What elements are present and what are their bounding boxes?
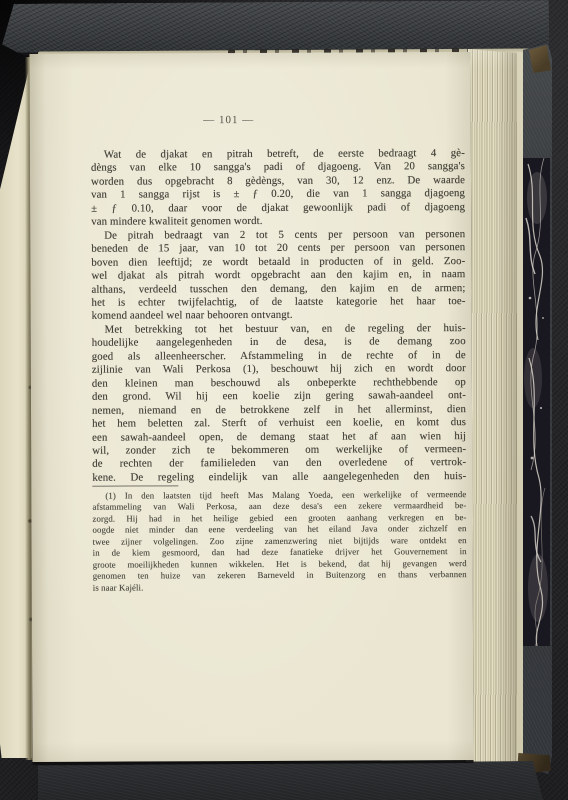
text-line: het hem beletten zal. Sterft of verhuist… — [92, 416, 466, 431]
text-line: beneden de 15 jaar, van 10 tot 20 cents … — [91, 241, 465, 256]
text-line: het is echter twijfelachtig, of de laats… — [92, 295, 466, 310]
text-line: zijlinie van Wali Perkosa (1), beschouwt… — [92, 362, 466, 377]
book-photo: — 101 — Wat de djakat en pitrah betreft,… — [0, 0, 568, 800]
text-line: kene. De regeling eindelijk van alle aan… — [92, 470, 466, 485]
page-number: — 101 — — [196, 114, 262, 126]
marbled-paper-edge — [523, 158, 550, 646]
footnote-rule — [92, 485, 178, 486]
paragraph: De pitrah bedraagt van 2 tot 5 cents per… — [91, 228, 465, 324]
book-cover-bottom-edge — [38, 761, 543, 800]
paragraph: Wat de djakat en pitrah betreft, de eers… — [91, 147, 465, 229]
text-line: ± ƒ 0.10, daar voor de djakat gewoonlijk… — [91, 201, 465, 216]
text-line: van 1 sangga rijst is ± ƒ 0.20, die van … — [91, 187, 465, 202]
footnote: (1) In den laatsten tijd heeft Mas Malan… — [92, 489, 466, 594]
body-text: Wat de djakat en pitrah betreft, de eers… — [91, 147, 466, 485]
text-line: den grond. Wil hij een koelie zijn gerin… — [92, 389, 466, 404]
scanned-page: — 101 — Wat de djakat en pitrah betreft,… — [29, 52, 473, 762]
text-line: wel djakat als pitrah wordt opgebracht a… — [91, 268, 465, 283]
paragraph: Met betrekking tot het bestuur van, en d… — [92, 322, 467, 485]
text-line: houdelijke aangelegenheden in de desa, i… — [92, 335, 466, 350]
page-block-fore-edge — [466, 49, 520, 768]
footnote-line: genomen ten huize van zekeren Barneveld … — [93, 569, 467, 582]
footnote-line: is naar Kajéli. — [93, 581, 467, 594]
